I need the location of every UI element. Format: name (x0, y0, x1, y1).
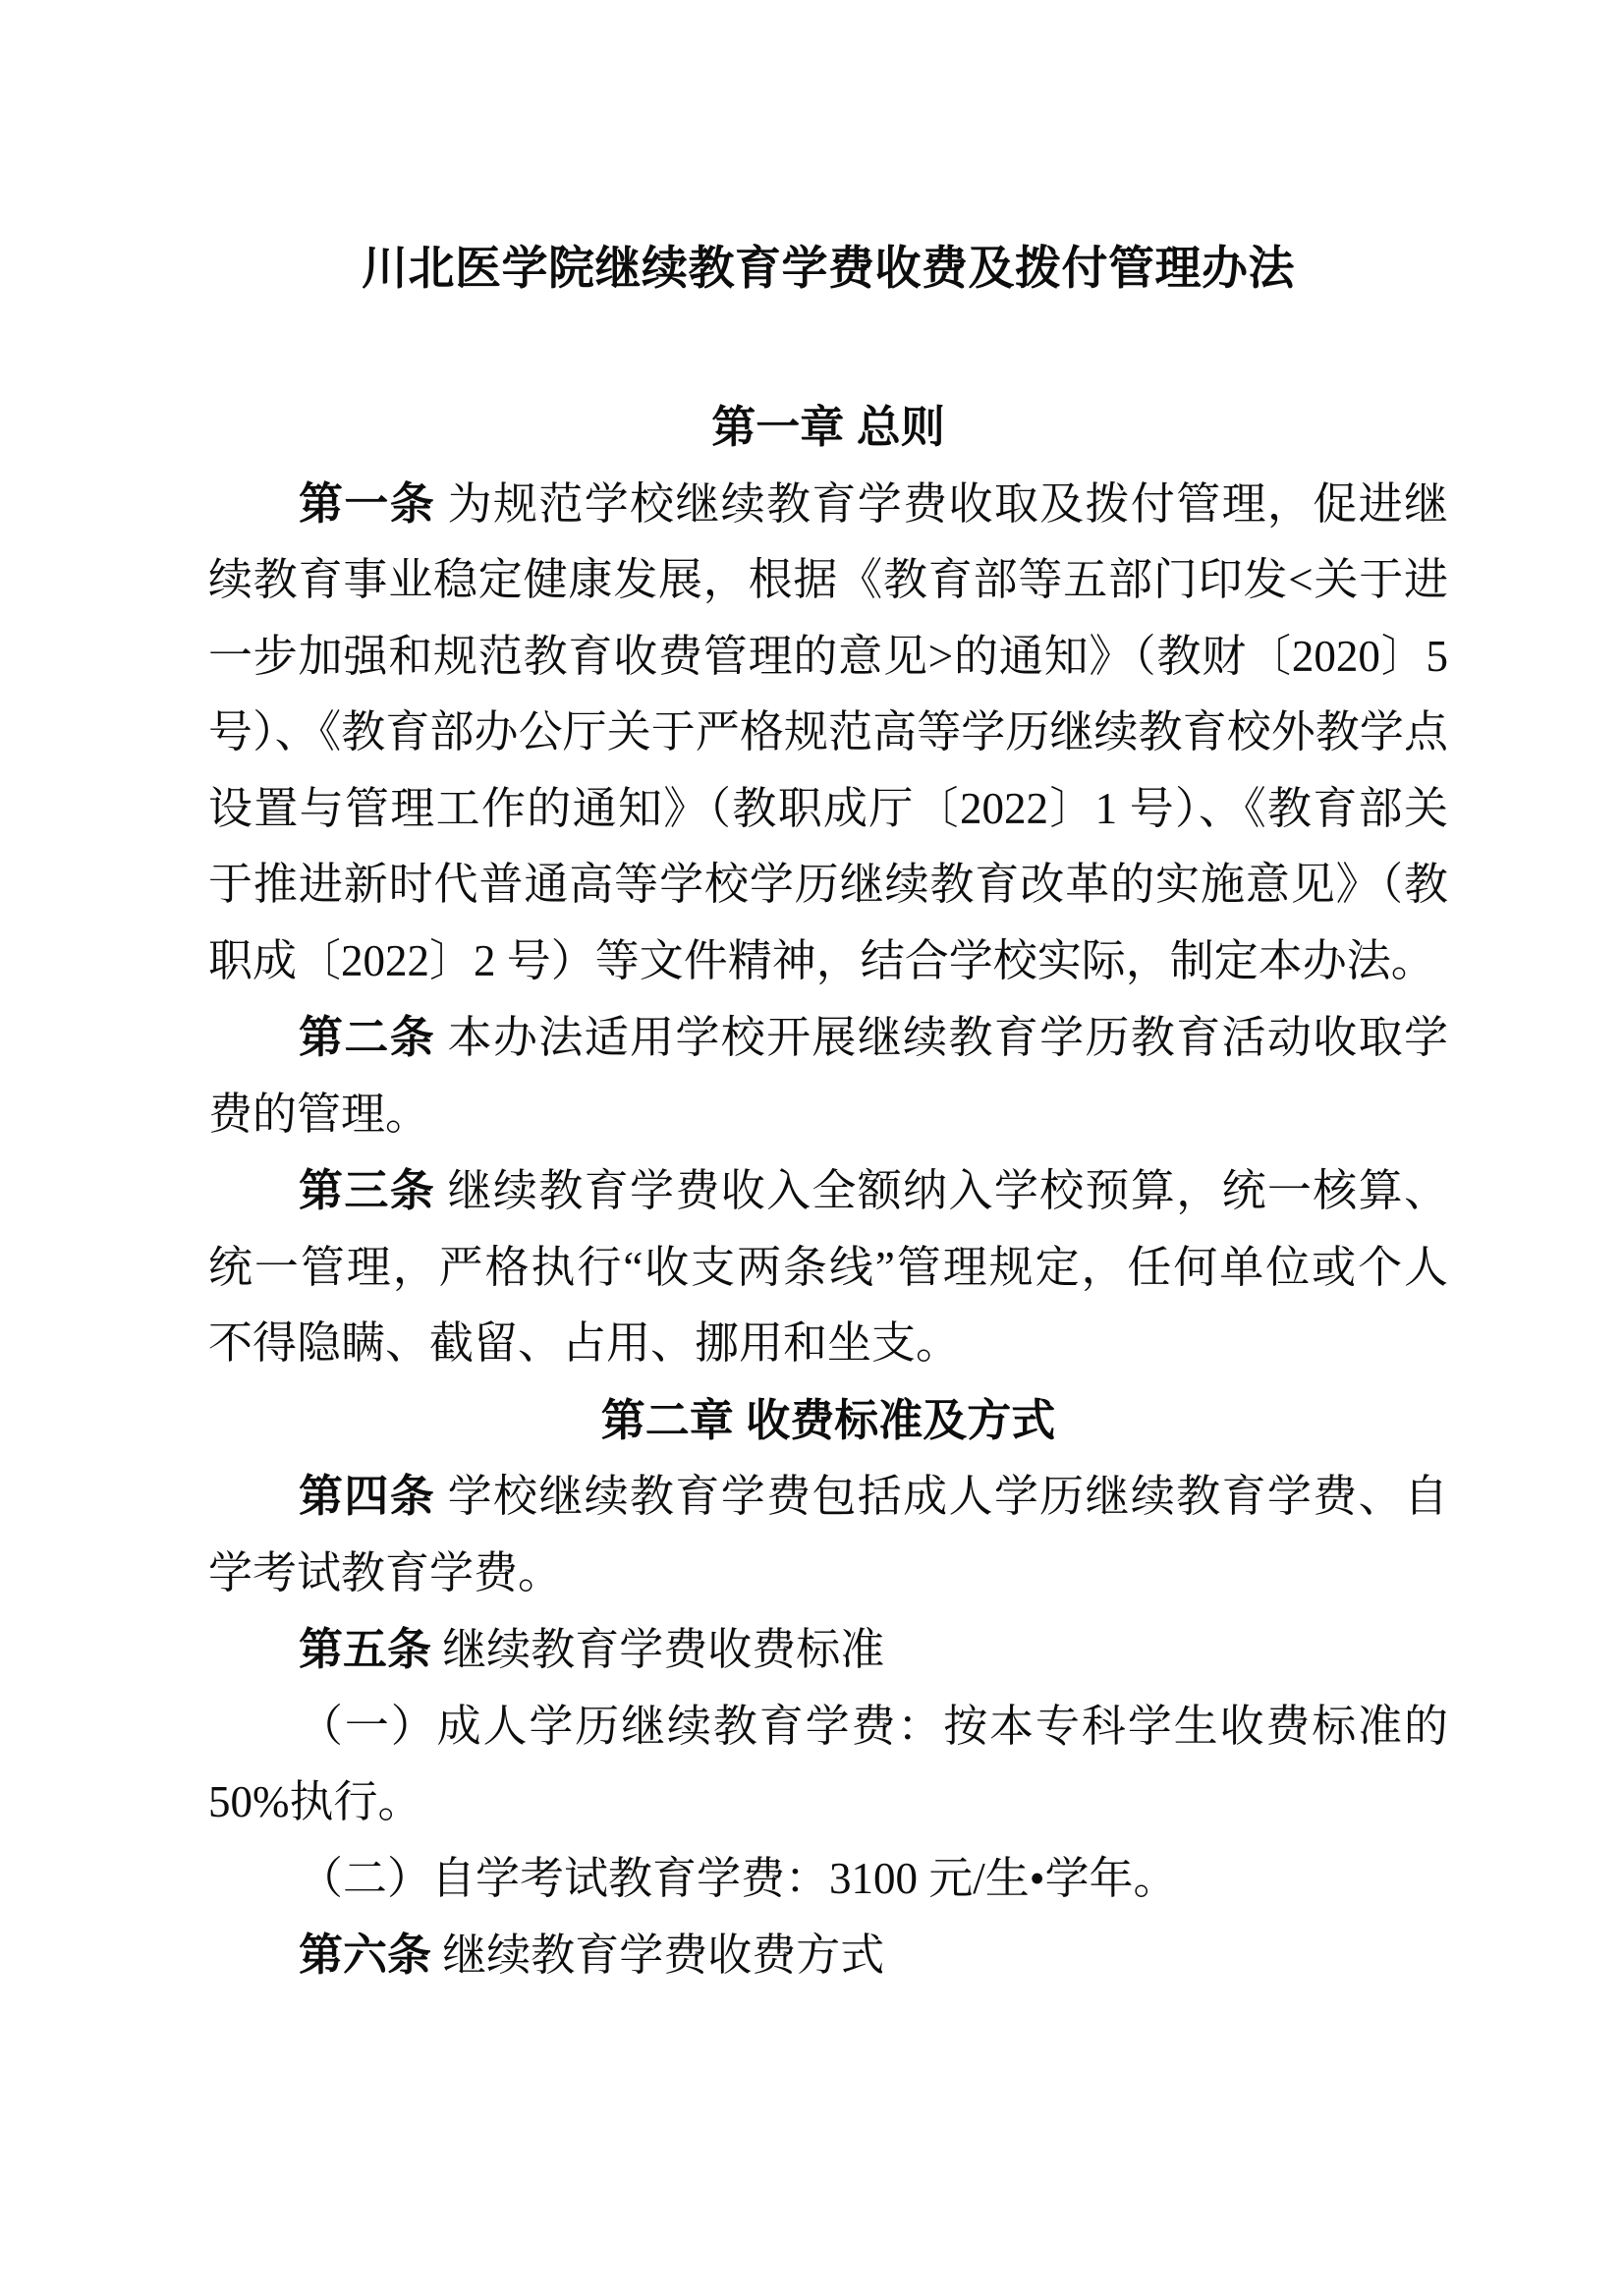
text-line: 50%执行。 (208, 1764, 1448, 1841)
text-line: 费的管理。 (208, 1077, 1448, 1153)
text-line: 于推进新时代普通高等学校学历继续教育改革的实施意见》（教 (208, 847, 1448, 924)
line-text: 继续教育学费收费方式 (431, 1931, 884, 1980)
text-line: 不得隐瞒、截留、占用、挪用和坐支。 (208, 1306, 1448, 1382)
line-text: 为规范学校继续教育学费收取及拨付管理，促进继 (435, 479, 1448, 529)
article-number: 第五条 (299, 1624, 431, 1674)
chapter-heading: 第一章 总则 (208, 389, 1448, 466)
text-line: （一）成人学历继续教育学费：按本专科学生收费标准的 (208, 1689, 1448, 1765)
text-line: 设置与管理工作的通知》（教职成厅〔2022〕1 号）、《教育部关 (208, 771, 1448, 848)
text-line: 第二条 本办法适用学校开展继续教育学历教育活动收取学 (208, 999, 1448, 1077)
text-line: 第一条 为规范学校继续教育学费收取及拨付管理，促进继 (208, 466, 1448, 543)
text-line: 第五条 继续教育学费收费标准 (208, 1611, 1448, 1689)
article-number: 第一条 (299, 478, 435, 529)
text-line: 统一管理，严格执行“收支两条线”管理规定，任何单位或个人 (208, 1230, 1448, 1307)
line-text: 继续教育学费收入全额纳入学校预算，统一核算、 (435, 1166, 1448, 1215)
document-content: 川北医学院继续教育学费收费及拨付管理办法 第一章 总则第一条 为规范学校继续教育… (208, 230, 1448, 1994)
text-line: 第六条 继续教育学费收费方式 (208, 1917, 1448, 1994)
text-line: 第三条 继续教育学费收入全额纳入学校预算，统一核算、 (208, 1152, 1448, 1230)
chapter-heading: 第二章 收费标准及方式 (208, 1382, 1448, 1459)
text-line: 一步加强和规范教育收费管理的意见>的通知》（教财〔2020〕5 (208, 619, 1448, 696)
text-line: 职成〔2022〕2 号）等文件精神，结合学校实际，制定本办法。 (208, 924, 1448, 1000)
text-line: （二）自学考试教育学费：3100 元/生•学年。 (208, 1841, 1448, 1918)
article-number: 第四条 (299, 1471, 435, 1521)
text-line: 学考试教育学费。 (208, 1536, 1448, 1612)
document-page: 川北医学院继续教育学费收费及拨付管理办法 第一章 总则第一条 为规范学校继续教育… (0, 0, 1623, 2296)
article-number: 第二条 (299, 1012, 435, 1062)
text-line: 续教育事业稳定健康发展，根据《教育部等五部门印发<关于进 (208, 542, 1448, 619)
document-body: 第一章 总则第一条 为规范学校继续教育学费收取及拨付管理，促进继续教育事业稳定健… (208, 389, 1448, 1994)
line-text: 学校继续教育学费包括成人学历继续教育学费、自 (435, 1472, 1448, 1521)
document-title: 川北医学院继续教育学费收费及拨付管理办法 (208, 230, 1448, 307)
line-text: 本办法适用学校开展继续教育学历教育活动收取学 (435, 1013, 1448, 1062)
article-number: 第三条 (299, 1165, 435, 1215)
article-number: 第六条 (299, 1930, 431, 1980)
line-text: 继续教育学费收费标准 (431, 1625, 884, 1674)
text-line: 号）、《教育部办公厅关于严格规范高等学历继续教育校外教学点 (208, 695, 1448, 771)
text-line: 第四条 学校继续教育学费包括成人学历继续教育学费、自 (208, 1458, 1448, 1536)
